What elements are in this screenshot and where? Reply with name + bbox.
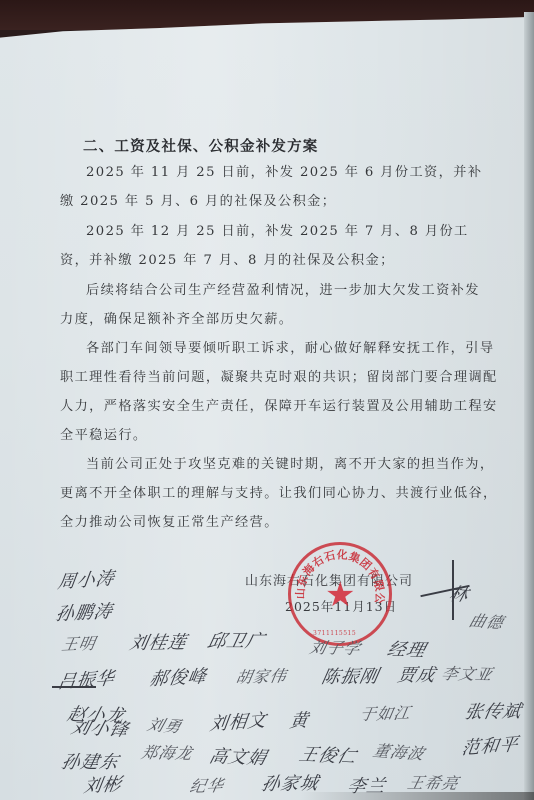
handwritten-signature: 高文娟 <box>207 742 270 770</box>
handwritten-signature: 邱卫广 <box>205 627 268 653</box>
company-seal: 山东海右石化集团有限公司 ★ 3711115515 <box>288 542 392 646</box>
handwritten-signature: 李文亚 <box>439 661 495 685</box>
handwritten-signature: 刘子学 <box>307 635 363 659</box>
handwritten-signature: 经理 <box>385 635 429 662</box>
handwritten-signature: 曲德 <box>467 608 507 633</box>
photo-shadow <box>300 792 534 800</box>
signature-stroke <box>452 560 454 620</box>
handwritten-signature: 贾成 <box>395 661 439 687</box>
handwritten-signature: 王俊仁 <box>297 740 361 769</box>
handwritten-signature: 刘彬 <box>82 770 124 798</box>
handwritten-signature: 刘桂莲 <box>127 628 189 655</box>
handwritten-signature: 吕振华 <box>56 664 117 694</box>
handwritten-signature: 王明 <box>60 631 98 655</box>
signature-stroke <box>52 686 96 688</box>
paragraph-closing-appeal: 当前公司正处于攻坚克难的关键时期，离不开大家的担当作为，更离不开全体职工的理解与… <box>60 450 500 537</box>
paragraph-december-payment: 2025 年 12 月 25 日前，补发 2025 年 7 月、8 月份工资，并… <box>60 217 490 275</box>
handwritten-signature: 刘小锋 <box>69 713 133 742</box>
document-content: 二、工资及社保、公积金补发方案 2025 年 11 月 25 日前，补发 202… <box>0 0 534 800</box>
handwritten-signature: 范和平 <box>460 730 521 760</box>
handwritten-signature: 王希亮 <box>405 770 461 794</box>
handwritten-signature: 周小涛 <box>56 564 117 594</box>
star-icon: ★ <box>325 578 355 612</box>
handwritten-signature: 孙鹏涛 <box>54 597 115 626</box>
handwritten-signature: 纪华 <box>188 773 226 797</box>
handwritten-signature: 于如江 <box>358 700 413 725</box>
section-heading: 二、工资及社保、公积金补发方案 <box>83 135 319 156</box>
paragraph-future-payments: 后续将结合公司生产经营盈利情况，进一步加大欠发工资补发力度，确保足额补齐全部历史… <box>60 276 490 334</box>
handwritten-signature: 黄 <box>288 706 311 733</box>
handwritten-signature: 董海波 <box>371 738 428 764</box>
handwritten-signature: 张传斌 <box>462 697 524 724</box>
paragraph-november-payment: 2025 年 11 月 25 日前，补发 2025 年 6 月份工资，并补缴 2… <box>60 158 490 216</box>
handwritten-signature: 刘勇 <box>145 712 185 737</box>
handwritten-signature: 刘相文 <box>208 706 269 736</box>
handwritten-signature: 郑海龙 <box>139 740 195 764</box>
handwritten-signature: 陈振刚 <box>319 662 381 689</box>
handwritten-signature: 胡家伟 <box>234 663 289 688</box>
paragraph-department-duties: 各部门车间领导要倾听职工诉求，耐心做好解释安抚工作，引导职工理性看待当前问题，凝… <box>60 334 500 450</box>
handwritten-signature: 郝俊峰 <box>148 662 209 691</box>
